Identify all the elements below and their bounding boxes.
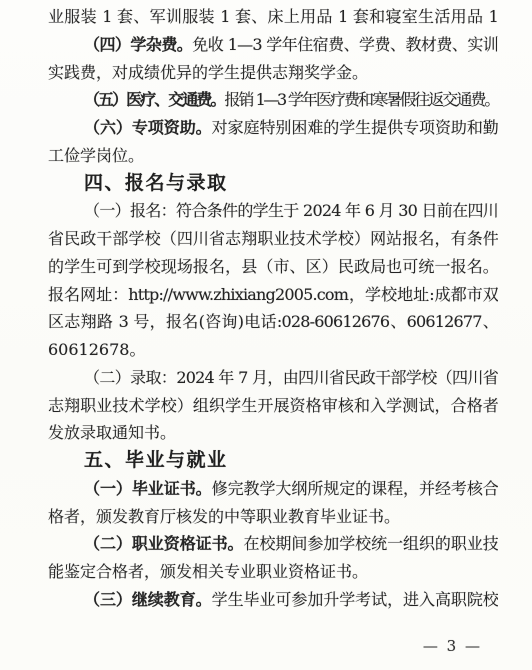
- text-line: （二）职业资格证书。在校期间参加学校统一组织的职业技: [48, 530, 498, 558]
- text-line: 的学生可到学校现场报名，县（市、区）民政局也可统一报名。: [48, 253, 498, 281]
- bold-lead-term: （二）职业资格证书。: [84, 534, 244, 553]
- text-line: （五）医疗、交通费。报销 1—3 学年医疗费和寒暑假往返交通费。: [48, 86, 498, 114]
- bold-lead-term: （五）医疗、交通费。: [84, 90, 224, 109]
- section-heading: 四、报名与录取: [48, 170, 498, 198]
- text-line: 60612678。: [48, 336, 498, 364]
- document-text-block: 业服装 1 套、军训服装 1 套、床上用品 1 套和寝室生活用品 1 套。（四）…: [48, 3, 498, 614]
- text-line: 发放录取通知书。: [48, 419, 498, 447]
- scanned-document-page: 业服装 1 套、军训服装 1 套、床上用品 1 套和寝室生活用品 1 套。（四）…: [0, 0, 532, 670]
- bold-lead-term: （六）专项资助。: [84, 118, 212, 137]
- text-line: （一）报名：符合条件的学生于 2024 年 6 月 30 日前在四川: [48, 197, 498, 225]
- text-line: 能鉴定合格者，颁发相关专业职业资格证书。: [48, 558, 498, 586]
- text-line: 实践费，对成绩优异的学生提供志翔奖学金。: [48, 59, 498, 87]
- text-line: 工俭学岗位。: [48, 142, 498, 170]
- text-line: （四）学杂费。免收 1—3 学年住宿费、学费、教材费、实训: [48, 31, 498, 59]
- text-line: 格者，颁发教育厅核发的中等职业教育毕业证书。: [48, 503, 498, 531]
- text-line: 区志翔路 3 号，报名(咨询)电话:028-60612676、60612677、: [48, 308, 498, 336]
- text-line: （一）毕业证书。修完教学大纲所规定的课程，并经考核合: [48, 475, 498, 503]
- text-line: 志翔职业技术学校）组织学生开展资格审核和入学测试，合格者: [48, 392, 498, 420]
- page-number: — 3 —: [423, 637, 482, 655]
- section-heading: 五、毕业与就业: [48, 447, 498, 475]
- text-line: 报名网址：http://www.zhixiang2005.com，学校地址:成都…: [48, 281, 498, 309]
- text-line: 业服装 1 套、军训服装 1 套、床上用品 1 套和寝室生活用品 1 套。: [48, 3, 498, 31]
- bold-lead-term: （四）学杂费。: [84, 35, 192, 54]
- bold-lead-term: （一）毕业证书。: [84, 479, 212, 498]
- text-line: （六）专项资助。对家庭特别困难的学生提供专项资助和勤: [48, 114, 498, 142]
- text-line: 省民政干部学校（四川省志翔职业技术学校）网站报名，有条件: [48, 225, 498, 253]
- text-line: （三）继续教育。学生毕业可参加升学考试，进入高职院校: [48, 586, 498, 614]
- text-line: （二）录取：2024 年 7 月，由四川省民政干部学校（四川省: [48, 364, 498, 392]
- bold-lead-term: （三）继续教育。: [84, 590, 212, 609]
